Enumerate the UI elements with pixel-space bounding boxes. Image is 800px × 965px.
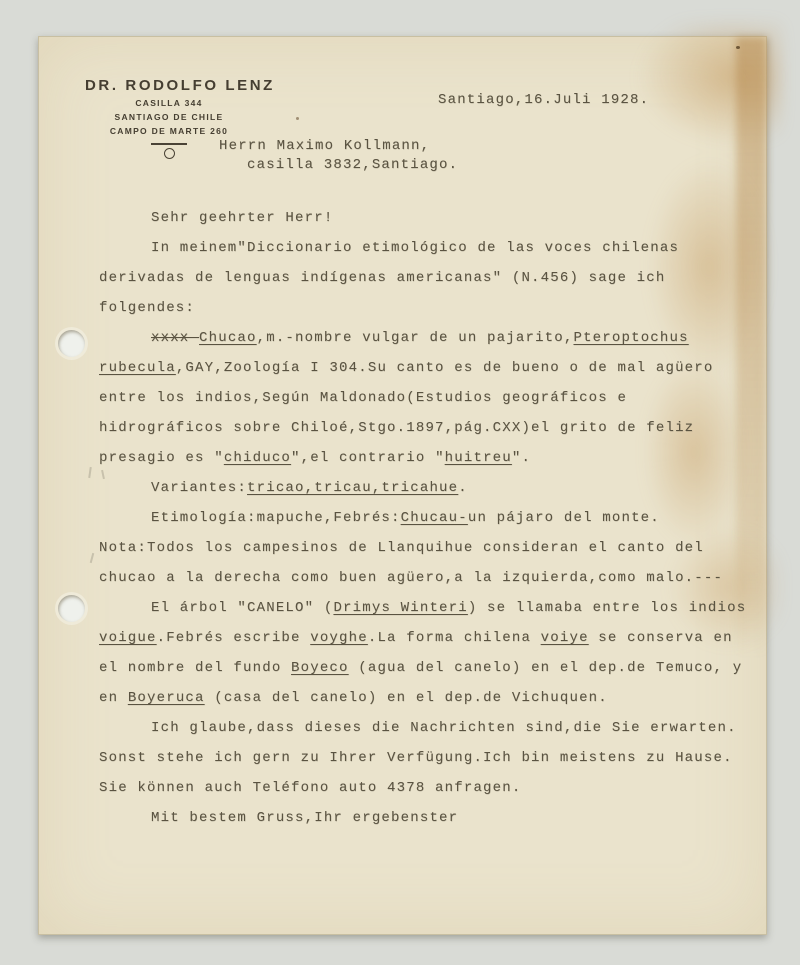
punch-hole-bottom — [58, 595, 85, 622]
underlined-term: Chucau- — [401, 510, 468, 526]
punch-hole-top — [58, 330, 85, 357]
letter-paragraph: Sehr geehrter Herr! — [99, 203, 761, 233]
recipient-address: casilla 3832,Santiago. — [219, 156, 458, 175]
letter-paragraph: Etimología:mapuche,Febrés:Chucau-un pája… — [99, 503, 761, 533]
text-segment: ". — [512, 450, 531, 466]
underlined-term: voyghe — [310, 630, 368, 646]
text-segment: ",el contrario " — [291, 450, 445, 466]
date-line: Santiago,16.Juli 1928. — [438, 92, 649, 108]
text-segment: Nota:Todos los campesinos de Llanquihue … — [99, 540, 723, 586]
paper-speck — [736, 46, 740, 49]
text-segment: Ich glaube,dass dieses die Nachrichten s… — [99, 720, 737, 796]
letterhead-rule — [151, 143, 187, 145]
underlined-term: voiye — [541, 630, 589, 646]
letter-paragraph: Nota:Todos los campesinos de Llanquihue … — [99, 533, 761, 593]
pencil-mark — [88, 467, 92, 478]
paper-speck — [296, 117, 299, 120]
underlined-term: voigue — [99, 630, 157, 646]
letter-body: Sehr geehrter Herr!In meinem"Diccionario… — [99, 203, 761, 833]
letterhead-casilla: CASILLA 344 — [85, 98, 253, 108]
text-segment: xxxx — [151, 330, 199, 346]
underlined-term: Drimys Winteri — [333, 600, 467, 616]
underlined-term: Boyeco — [291, 660, 349, 676]
recipient-block: Herrn Maximo Kollmann, casilla 3832,Sant… — [219, 137, 458, 175]
text-segment: .La forma chilena — [368, 630, 541, 646]
letter-paragraph: xxxx Chucao,m.-nombre vulgar de un pajar… — [99, 323, 761, 473]
underlined-term: chiduco — [224, 450, 291, 466]
underlined-term: Boyeruca — [128, 690, 205, 706]
text-segment: . — [458, 480, 468, 496]
letterhead-city: SANTIAGO DE CHILE — [85, 112, 253, 122]
text-segment: (casa del canelo) en el dep.de Vichuquen… — [205, 690, 608, 706]
recipient-name: Herrn Maximo Kollmann, — [219, 137, 458, 156]
letter-paragraph: Mit bestem Gruss,Ihr ergebenster — [99, 803, 761, 833]
letterhead-street: CAMPO DE MARTE 260 — [85, 126, 253, 136]
underlined-term: huitreu — [445, 450, 512, 466]
pencil-mark — [90, 553, 95, 563]
letter-paragraph: Variantes:tricao,tricau,tricahue. — [99, 473, 761, 503]
text-segment: ,m.-nombre vulgar de un pajarito, — [257, 330, 574, 346]
text-segment: un pájaro del monte. — [468, 510, 660, 526]
underlined-term: Chucao — [199, 330, 257, 346]
underlined-term: tricao,tricau,tricahue — [247, 480, 458, 496]
letter-paper: DR. RODOLFO LENZ CASILLA 344 SANTIAGO DE… — [38, 36, 767, 935]
letterhead-circle-ornament — [164, 148, 175, 159]
text-segment: ) se llamaba entre los indios — [468, 600, 746, 616]
letter-paragraph: El árbol "CANELO" (Drimys Winteri) se ll… — [99, 593, 761, 713]
letter-paragraph: In meinem"Diccionario etimológico de las… — [99, 233, 761, 323]
text-segment: Mit bestem Gruss,Ihr ergebenster — [151, 810, 458, 826]
text-segment: El árbol "CANELO" ( — [151, 600, 333, 616]
scanned-letter-page: { "letterhead": { "name": "DR. RODOLFO L… — [0, 0, 800, 965]
letter-paragraph: Ich glaube,dass dieses die Nachrichten s… — [99, 713, 761, 803]
text-segment: Sehr geehrter Herr! — [151, 210, 333, 226]
text-segment: Etimología:mapuche,Febrés: — [151, 510, 401, 526]
letterhead-name: DR. RODOLFO LENZ — [85, 77, 253, 94]
text-segment: Variantes: — [151, 480, 247, 496]
text-segment: In meinem"Diccionario etimológico de las… — [99, 240, 679, 316]
text-segment: .Febrés escribe — [157, 630, 311, 646]
